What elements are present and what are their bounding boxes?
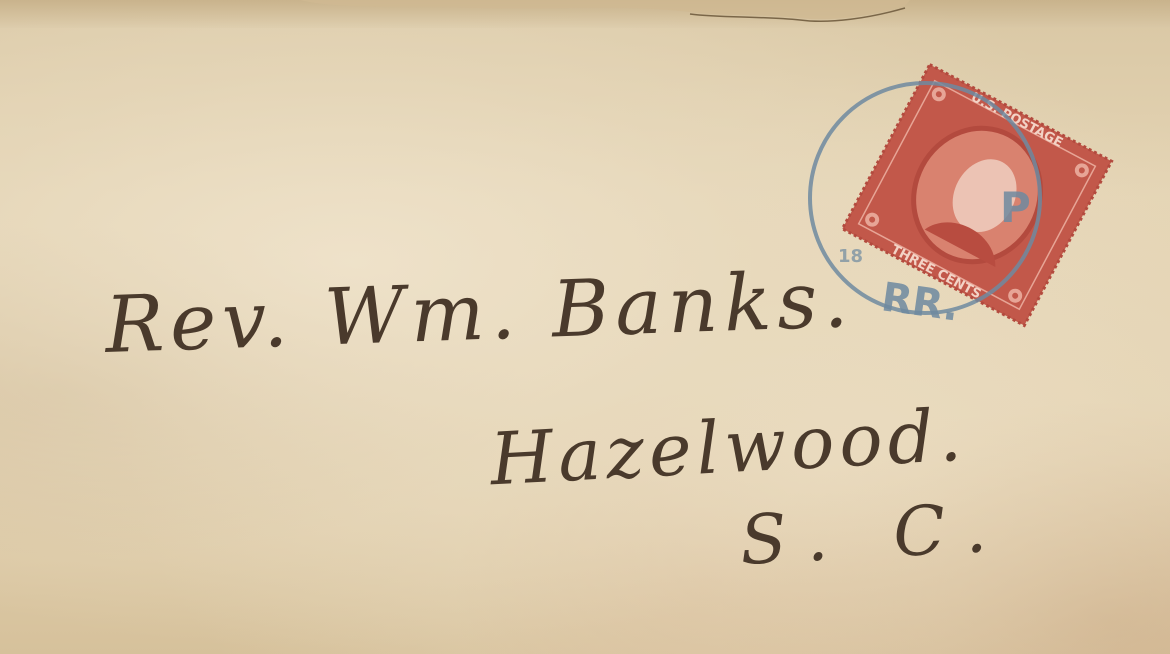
recipient-name: Rev. Wm. Banks. xyxy=(104,255,856,371)
envelope: Rev. Wm. Banks. Hazelwood. S. C. U.S. PO… xyxy=(0,0,1170,654)
recipient-town: Hazelwood. xyxy=(488,393,968,502)
recipient-address: Rev. Wm. Banks. Hazelwood. S. C. xyxy=(0,0,1170,654)
recipient-state: S. C. xyxy=(738,488,1010,581)
